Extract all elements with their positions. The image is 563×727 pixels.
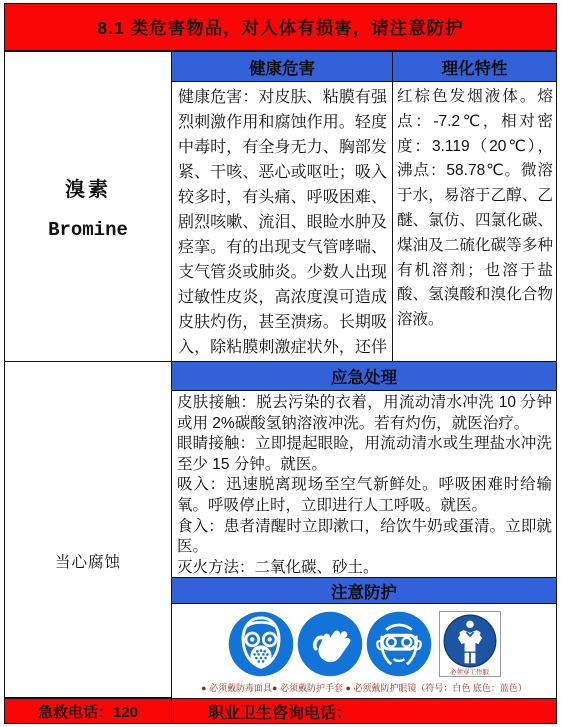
corrosion-warning-label: 当心腐蚀 — [55, 550, 121, 572]
gas-mask-icon — [228, 611, 294, 677]
emergency-phone: 急救电话：120 — [38, 701, 138, 722]
emergency-header: 应急处理 — [171, 361, 557, 391]
emergency-line: 吸入：迅速脱离现场至空气新鲜处。呼吸困难时给输氧。呼吸停止时，立即进行人工呼吸。… — [177, 475, 552, 516]
consult-phone-cell: 职业卫生咨询电话： — [171, 698, 557, 724]
protection-icons-row: 必须穿工作服 — [228, 609, 501, 679]
properties-text: 红棕色发烟液体。熔点：-7.2℃，相对密度：3.119（20℃），沸点：58.7… — [392, 81, 557, 362]
corrosion-warning-cell: 当心腐蚀 — [4, 361, 172, 698]
substance-name-en: Bromine — [48, 219, 128, 241]
banner-title: 8.1 类危害物品，对人体有损害，请注意防护 — [97, 15, 463, 40]
hazard-placard: 8.1 类危害物品，对人体有损害，请注意防护 溴素 Bromine 当心腐蚀 健… — [0, 0, 563, 727]
work-clothes-icon — [442, 613, 498, 669]
work-clothes-sign: 必须穿工作服 — [439, 611, 501, 677]
emergency-line: 食入：患者清醒时立即漱口，给饮牛奶或蛋清。立即就医。 — [177, 517, 552, 558]
emergency-line: 眼睛接触：立即提起眼睑，用流动清水或生理盐水冲洗至少 15 分钟。就医。 — [177, 434, 552, 475]
protective-gloves-icon — [297, 611, 363, 677]
health-hazard-header: 健康危害 — [171, 51, 393, 82]
hazard-class-banner: 8.1 类危害物品，对人体有损害，请注意防护 — [4, 3, 557, 51]
health-hazard-text: 健康危害：对皮肤、粘膜有强烈刺激作用和腐蚀作用。轻度中毒时，有全身无力、胸部发紧… — [171, 81, 393, 362]
properties-header: 理化特性 — [392, 51, 557, 82]
protection-header: 注意防护 — [171, 577, 557, 604]
protection-caption: ● 必须戴防毒面具● 必须戴防护手套 ● 必须戴防护眼镜（符号：白色 底色：蓝色… — [201, 681, 527, 694]
consult-phone: 职业卫生咨询电话： — [208, 700, 352, 723]
protective-goggles-icon — [366, 611, 432, 677]
emergency-line: 灭火方法：二氧化碳、砂土。 — [177, 558, 552, 579]
protection-icons-cell: 必须穿工作服 ● 必须戴防毒面具● 必须戴防护手套 ● 必须戴防护眼镜（符号：白… — [171, 603, 557, 699]
emergency-phone-cell: 急救电话：120 — [4, 698, 172, 724]
substance-name-cn: 溴素 — [65, 173, 111, 202]
emergency-instructions: 皮肤接触：脱去污染的衣着，用流动清水冲洗 10 分钟或用 2%碳酸氢钠溶液冲洗。… — [171, 390, 557, 578]
emergency-line: 皮肤接触：脱去污染的衣着，用流动清水冲洗 10 分钟或用 2%碳酸氢钠溶液冲洗。… — [177, 393, 552, 434]
substance-name-cell: 溴素 Bromine — [4, 51, 172, 362]
work-clothes-label: 必须穿工作服 — [450, 669, 489, 676]
